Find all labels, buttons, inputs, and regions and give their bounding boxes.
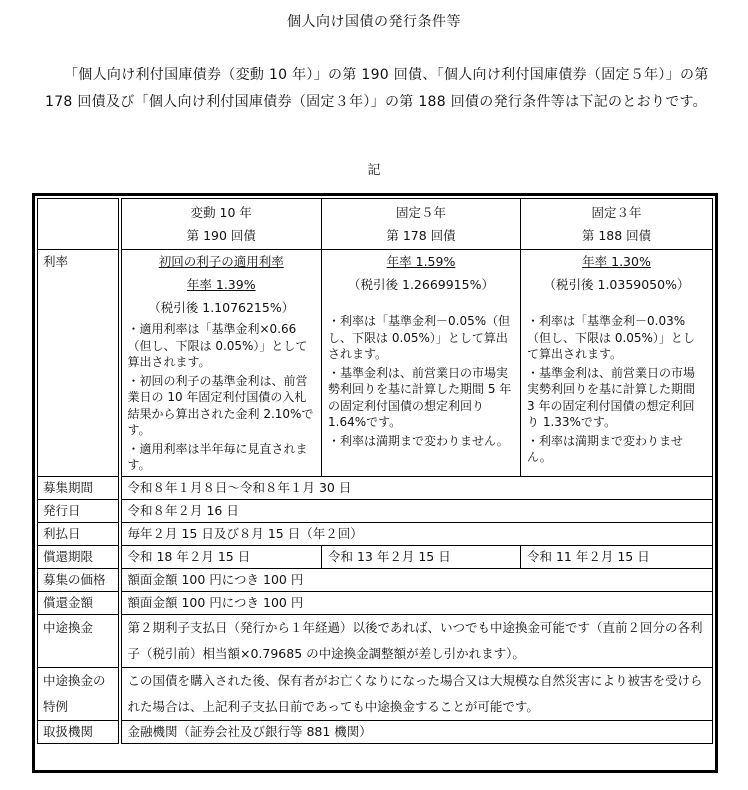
intro-paragraph: 「個人向け利付国庫債券（変動 10 年）」の第 190 回債、「個人向け利付国庫… bbox=[45, 62, 735, 116]
row-label: 利率 bbox=[38, 250, 120, 477]
table-row-tokurei: 中途換金の特例 この国債を購入された後、保有者がお亡くなりになった場合又は大規模… bbox=[38, 667, 713, 720]
table-row-shokan-kigen: 償還期限 令和 18 年２月 15 日 令和 13 年２月 15 日 令和 11… bbox=[38, 545, 713, 568]
ki-heading: 記 bbox=[0, 159, 748, 178]
table-row-chuto-kankin: 中途換金 第２期利子支払日（発行から１年経過）以後であれば、いつでも中途換金可能… bbox=[38, 614, 713, 667]
table-row-toriatsukai: 取扱機関 金融機関（証券会社及び銀行等 881 機関） bbox=[38, 720, 713, 743]
table-row-boshu-kakaku: 募集の価格 額面金額 100 円につき 100 円 bbox=[38, 568, 713, 591]
table-row-ribarai-bi: 利払日 毎年２月 15 日及び８月 15 日（年２回） bbox=[38, 522, 713, 545]
table-row-hakko-bi: 発行日 令和８年２月 16 日 bbox=[38, 499, 713, 522]
table-row-boshu-kikan: 募集期間 令和８年１月８日～令和８年１月 30 日 bbox=[38, 476, 713, 499]
rate-hendo10: 初回の利子の適用利率 年率 1.39% （税引後 1.1076215%） ・適用… bbox=[120, 250, 322, 477]
table-header-row: 変動 10 年 第 190 回債 固定５年 第 178 回債 固定３年 第 18… bbox=[38, 199, 713, 250]
issuance-conditions-table: 変動 10 年 第 190 回債 固定５年 第 178 回債 固定３年 第 18… bbox=[32, 193, 718, 773]
header-kotei3: 固定３年 第 188 回債 bbox=[521, 199, 713, 250]
page-title: 個人向け国債の発行条件等 bbox=[0, 11, 748, 31]
header-kotei5: 固定５年 第 178 回債 bbox=[322, 199, 521, 250]
rate-kotei5: 年率 1.59% （税引後 1.2669915%） ・利率は「基準金利－0.05… bbox=[322, 250, 521, 477]
header-hendo10: 変動 10 年 第 190 回債 bbox=[120, 199, 322, 250]
table-row-rate: 利率 初回の利子の適用利率 年率 1.39% （税引後 1.1076215%） … bbox=[38, 250, 713, 477]
table-row-shokan-kingaku: 償還金額 額面金額 100 円につき 100 円 bbox=[38, 591, 713, 614]
rate-kotei3: 年率 1.30% （税引後 1.0359050%） ・利率は「基準金利－0.03… bbox=[521, 250, 713, 477]
header-empty-cell bbox=[38, 199, 120, 250]
